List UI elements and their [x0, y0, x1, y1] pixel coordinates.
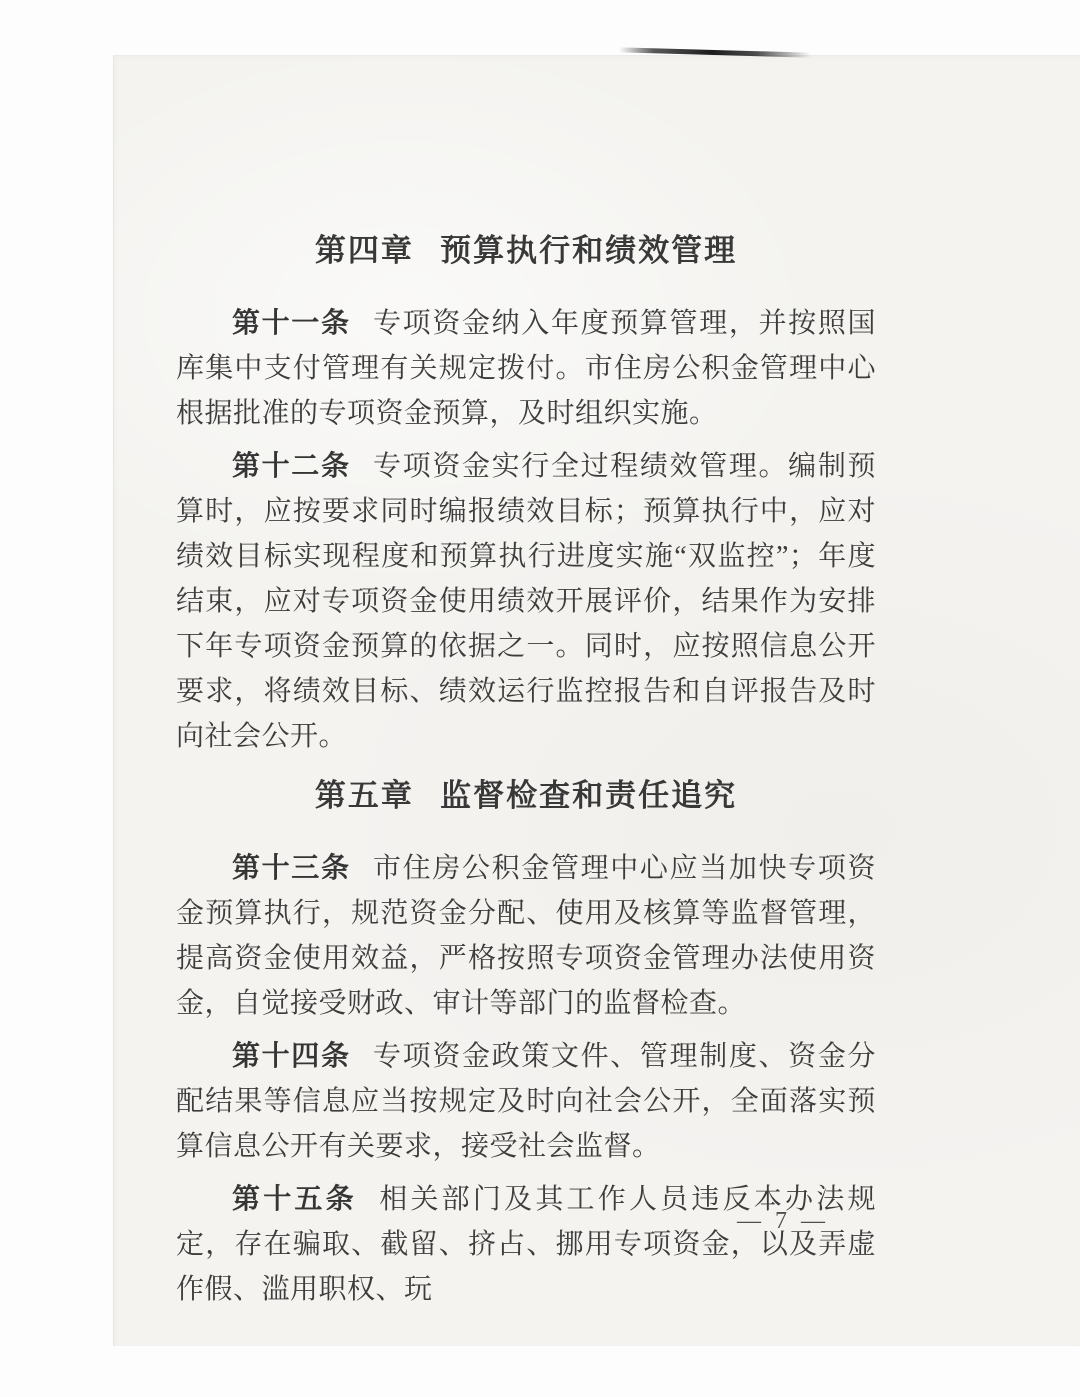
- chapter-4-number: 第四章: [315, 233, 414, 268]
- chapter-4-title: 预算执行和绩效管理: [440, 233, 737, 268]
- article-15-paragraph: 第十五条相关部门及其工作人员违反本办法规定，存在骗取、截留、挤占、挪用专项资金，…: [176, 1177, 876, 1312]
- chapter-4-heading: 第四章预算执行和绩效管理: [176, 228, 876, 273]
- page-content: 第四章预算执行和绩效管理 第十一条专项资金纳入年度预算管理，并按照国库集中支付管…: [176, 56, 876, 1312]
- article-12-text: 专项资金实行全过程绩效管理。编制预算时，应按要求同时编报绩效目标；预算执行中，应…: [176, 451, 876, 752]
- article-14-number: 第十四条: [232, 1041, 351, 1072]
- chapter-5-heading: 第五章监督检查和责任追究: [176, 773, 876, 818]
- article-11-number: 第十一条: [232, 308, 351, 339]
- article-13-paragraph: 第十三条市住房公积金管理中心应当加快专项资金预算执行，规范资金分配、使用及核算等…: [176, 846, 876, 1026]
- article-14-paragraph: 第十四条专项资金政策文件、管理制度、资金分配结果等信息应当按规定及时向社会公开，…: [176, 1034, 876, 1169]
- chapter-5-number: 第五章: [315, 778, 414, 813]
- page-number: — 7 —: [114, 1206, 1080, 1236]
- article-13-number: 第十三条: [232, 853, 351, 884]
- chapter-5-title: 监督检查和责任追究: [440, 778, 737, 813]
- scan-background: 第四章预算执行和绩效管理 第十一条专项资金纳入年度预算管理，并按照国库集中支付管…: [0, 0, 1080, 1397]
- document-page: 第四章预算执行和绩效管理 第十一条专项资金纳入年度预算管理，并按照国库集中支付管…: [113, 55, 1080, 1346]
- article-12-number: 第十二条: [232, 451, 351, 482]
- article-12-paragraph: 第十二条专项资金实行全过程绩效管理。编制预算时，应按要求同时编报绩效目标；预算执…: [176, 444, 876, 759]
- article-11-paragraph: 第十一条专项资金纳入年度预算管理，并按照国库集中支付管理有关规定拨付。市住房公积…: [176, 301, 876, 436]
